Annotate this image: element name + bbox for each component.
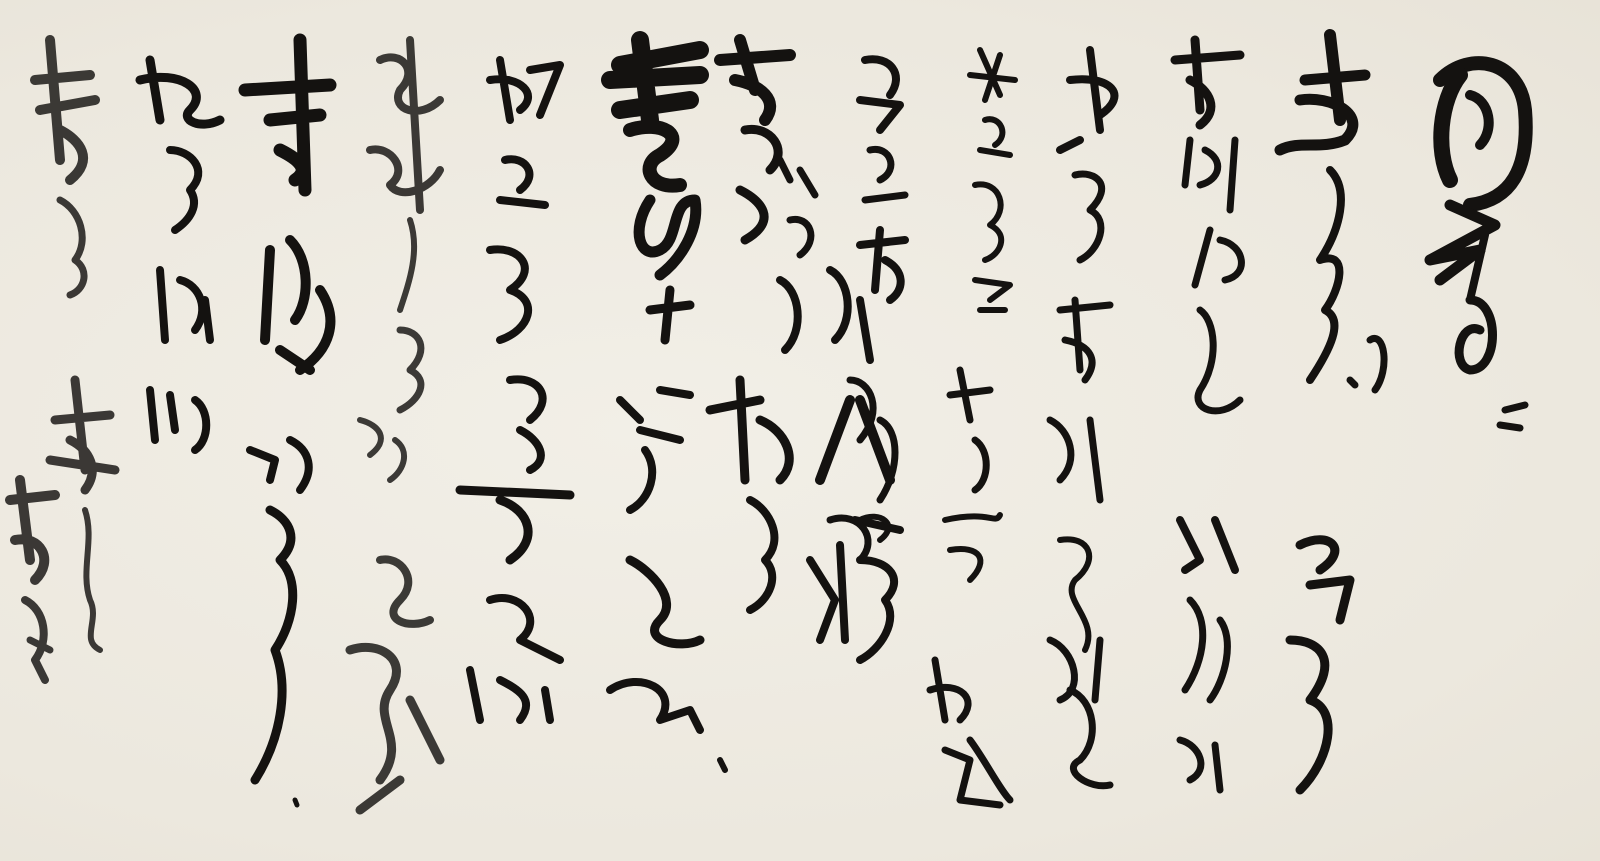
column-9 bbox=[610, 40, 725, 770]
column-3 bbox=[1175, 40, 1241, 790]
signature-inscription bbox=[10, 40, 115, 680]
column-4 bbox=[1050, 50, 1114, 786]
column-8 bbox=[780, 160, 890, 540]
column-11 bbox=[350, 40, 440, 810]
column-12 bbox=[245, 40, 330, 805]
column-13 bbox=[140, 60, 220, 450]
column-5 bbox=[930, 50, 1015, 800]
column-2 bbox=[1280, 35, 1384, 790]
column-10 bbox=[460, 60, 570, 720]
column-7 bbox=[710, 40, 868, 640]
column-1 bbox=[1430, 63, 1526, 428]
calligraphy-ink bbox=[0, 0, 1600, 861]
calligraphy-scroll: Chinese cursive calligraphy (caoshu) han… bbox=[0, 0, 1600, 861]
